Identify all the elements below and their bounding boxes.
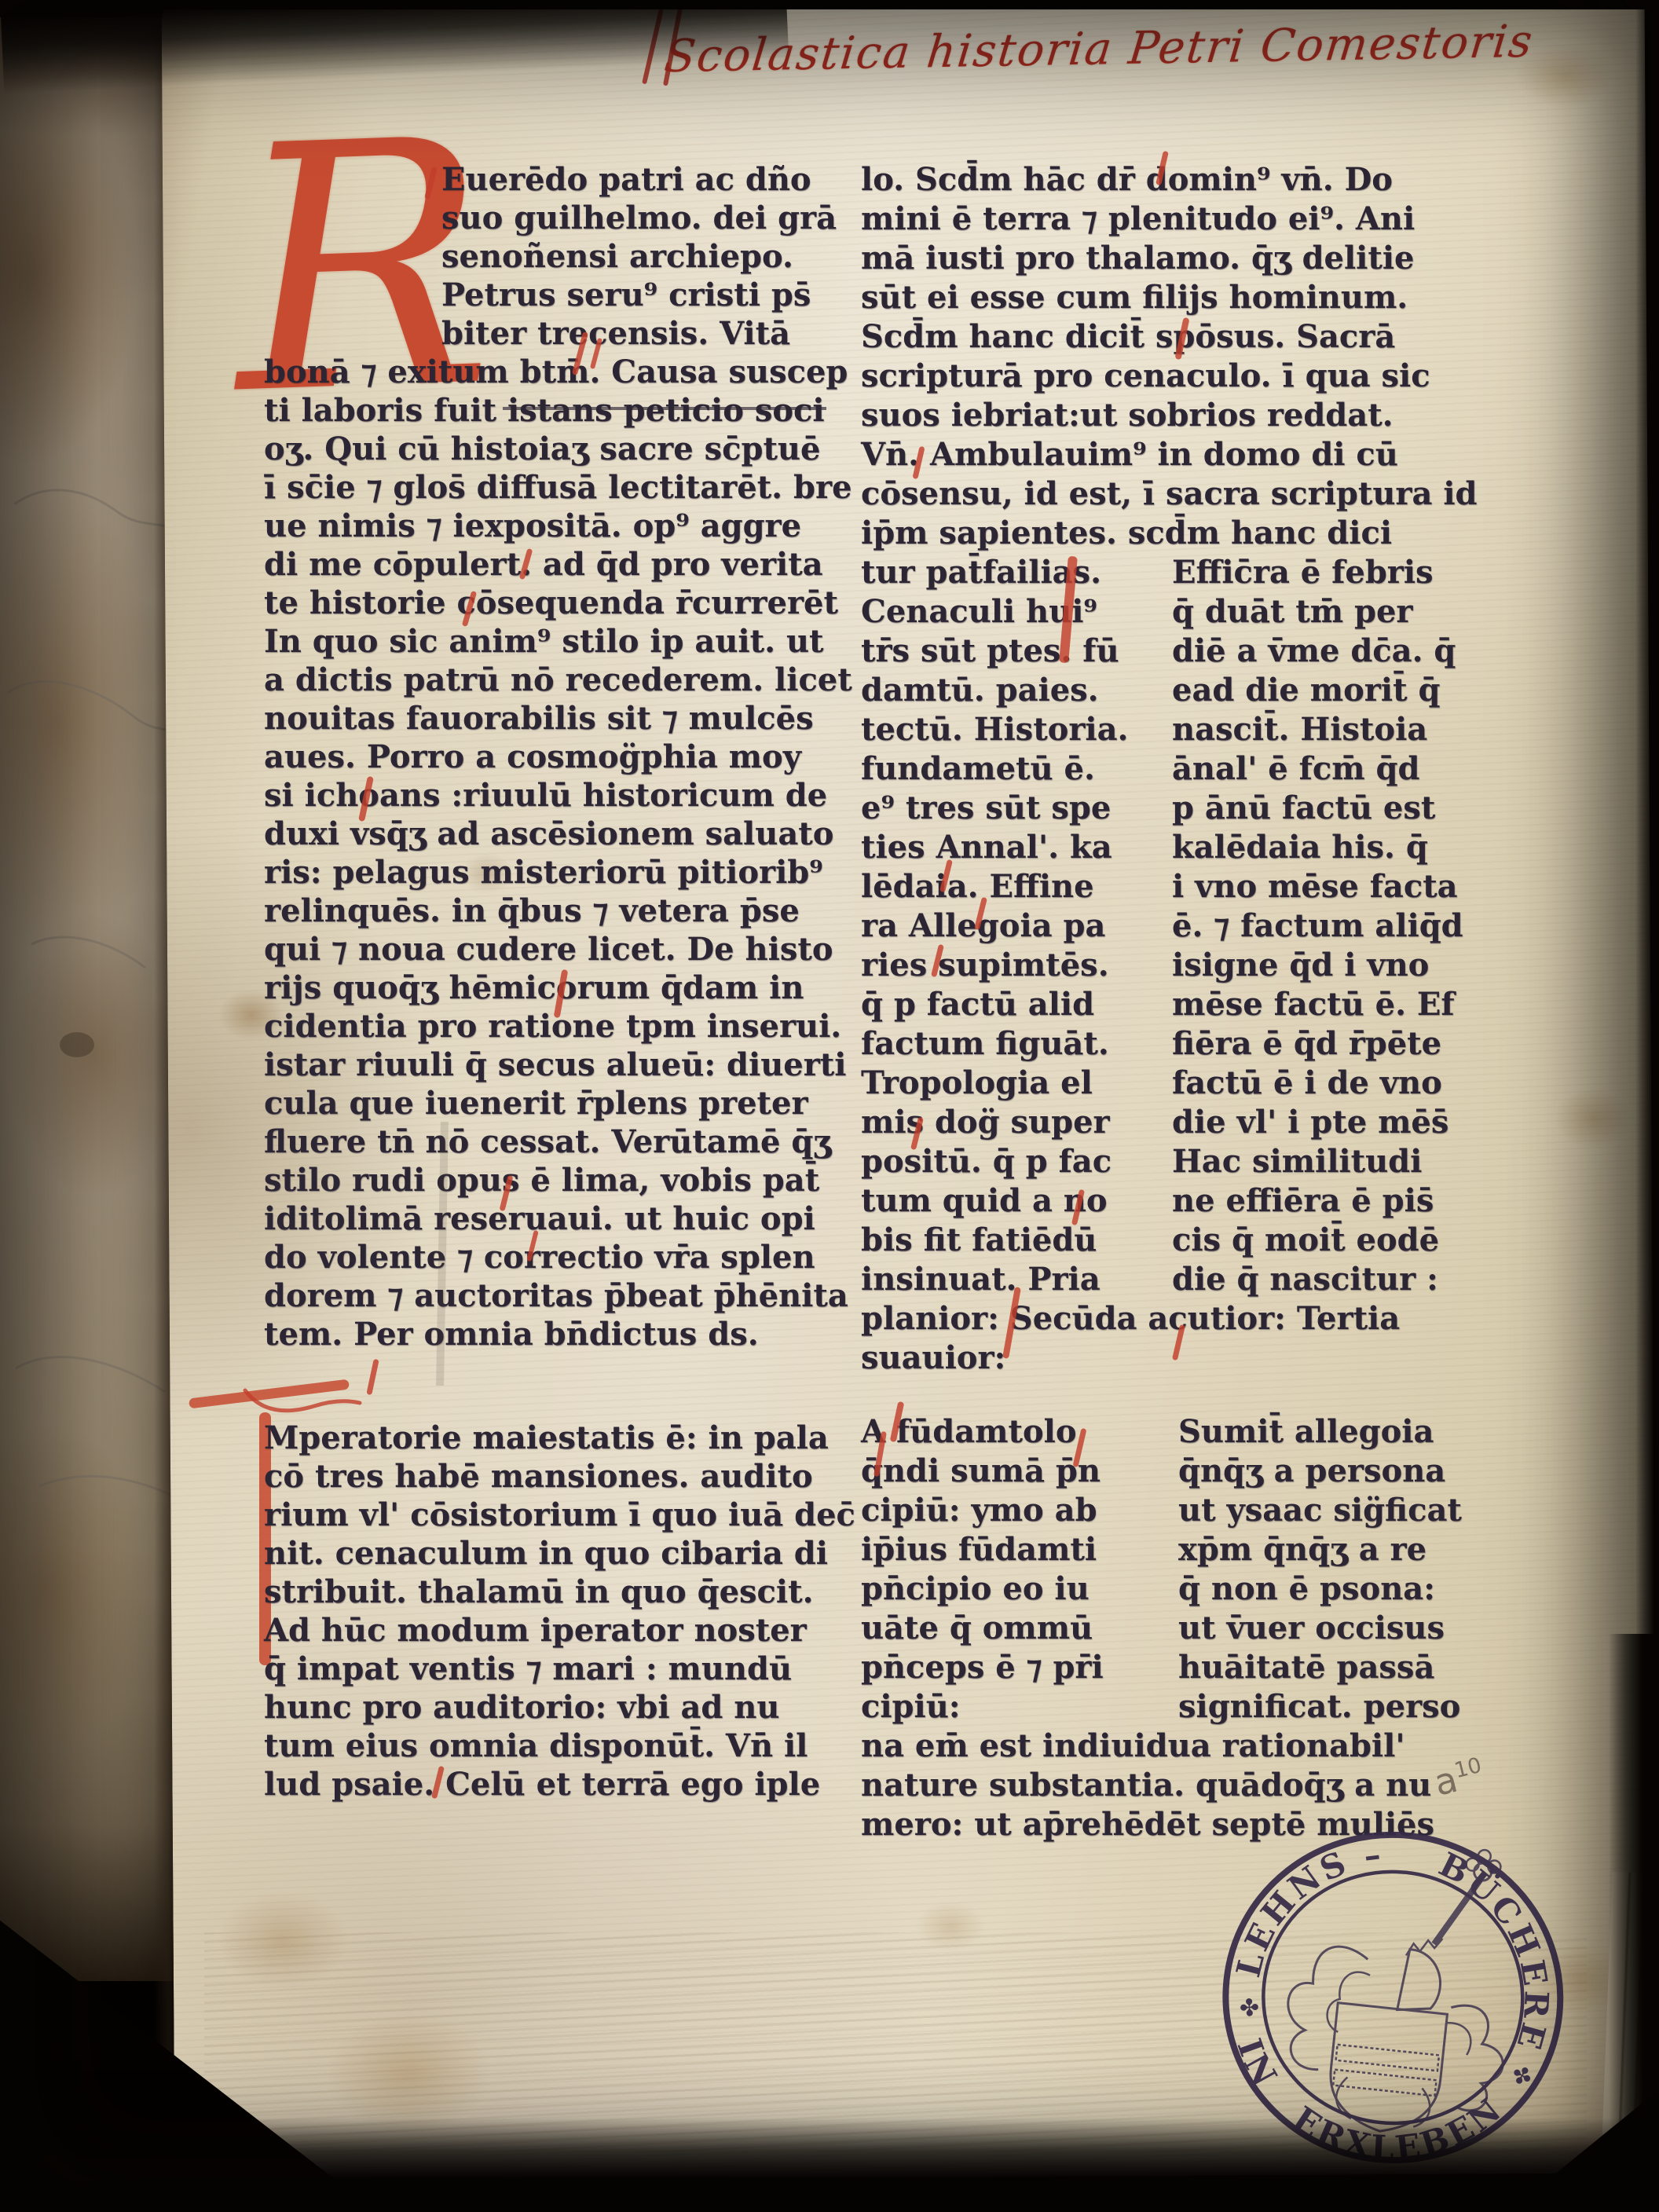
text-line: istar riuuli q̄ secus alueū: diuerti [264, 1046, 833, 1084]
paraph-mark [912, 446, 925, 479]
text-line: planior: Secūda acutior: Tertia [861, 1299, 1483, 1339]
text-line: diē a v̄me dc̄a. q̄ [1172, 632, 1483, 671]
initial-i-flourish [189, 1379, 350, 1409]
text-line: In quo sic anim⁹ stilo ip auit. ut [264, 622, 833, 661]
text-line: ries supimtēs. [861, 946, 1153, 985]
paraph-mark [1155, 151, 1169, 185]
text-line: ānal' ē fcm̄ q̄d [1172, 749, 1483, 789]
stamp-text-bottom: ERXLEBEN [1284, 2068, 1514, 2180]
text-line: rijs quoq̄ʒ hēmicorum q̄dam in [264, 969, 833, 1007]
text-line: tum quid a no [861, 1181, 1153, 1221]
right-column-subcol2-right: Sumit̄ allegoiaq̄nq̄ʒ a personaut ysaac … [1178, 1412, 1485, 1727]
paraph-mark [1174, 317, 1189, 360]
text-line: Euerēdo patri ac dño [441, 160, 834, 199]
text-line: pn̄ceps ē ⁊ pr̄i [861, 1648, 1159, 1687]
paraph-mark [1072, 1428, 1086, 1467]
text-line: lēdaia. Effine [861, 867, 1153, 906]
right-column-subcol-left: tur pat̄failias.Cenaculi hui⁹tr̄s sūt pt… [861, 553, 1153, 1299]
text-line: xp̄m q̄nq̄ʒ a re [1178, 1530, 1485, 1569]
backdrop-bottom [0, 2118, 1659, 2212]
text-line: die vl' i pte mēs̄ [1172, 1103, 1483, 1142]
red-flourish-icon [236, 1345, 369, 1423]
paraph-mark [462, 591, 477, 627]
right-column-top: lo. Scd̄m hāc dr̄ domin⁹ vn̄. Domini ē t… [861, 160, 1483, 553]
text-line: damtū. paies. [861, 671, 1153, 710]
text-line: cipiū: ymo ab [861, 1491, 1159, 1530]
text-line: duxi vsq̄ʒ ad ascēsionem saluato [264, 815, 833, 853]
right-column-mid: planior: Secūda acutior: Tertiasuauior: [861, 1299, 1483, 1378]
facing-page-pastedown [0, 17, 201, 1981]
text-line: rium vl' cōsistorium ī quo iuā dec̄ [264, 1496, 833, 1534]
text-line: suos iebriat:ut sobrios reddat. [861, 396, 1483, 435]
text-line: uāte q̄ ommū [861, 1609, 1159, 1648]
paraph-mark [366, 1359, 379, 1395]
text-line: ip̄ius fūdamti [861, 1530, 1159, 1569]
text-line: ē. ⁊ factum aliq̄d [1172, 906, 1483, 946]
text-line: huāitatē passā [1178, 1648, 1485, 1687]
text-line: aues. Porro a cosmog̈phia moy [264, 738, 833, 776]
text-line: die q̄ nascitur : [1172, 1260, 1483, 1299]
text-line: stribuit. thalamū in quo q̄escit. [264, 1573, 833, 1611]
text-line: Hac similitudi [1172, 1142, 1483, 1181]
text-line: cō tres habē mansiones. audito [264, 1457, 833, 1496]
text-line: cōsensu, id est, ī sacra scriptura id [861, 474, 1483, 514]
pencil-signature-note: a10 [1430, 1751, 1488, 1804]
library-stamp: LEHNS – BÜCHEREI IN ERXLEBEN ✤ ✤ [1189, 1804, 1599, 2196]
text-line: cipiū: [861, 1687, 1159, 1727]
paraph-mark [424, 167, 438, 200]
text-line: nouitas fauorabilis sit ⁊ mulcēs [264, 699, 833, 738]
text-line: Ad hūc modum iperator noster [264, 1611, 833, 1650]
text-line: ut ysaac sig̈ficat [1178, 1491, 1485, 1530]
text-line: kalēdaia his. q̄ [1172, 828, 1483, 867]
page-block-edges [1602, 1872, 1657, 2144]
pencil-note-letter: a [1430, 1758, 1461, 1804]
paraph-mark [910, 1117, 924, 1150]
paper-texture [204, 1932, 1587, 2152]
text-line: q̄ p factū alid [861, 985, 1153, 1024]
text-line: mēse factū ē. Ef [1172, 985, 1483, 1024]
text-line: cula que iuenerit r̄plens preter [264, 1084, 833, 1122]
text-line: Vn̄. Ambulauim⁹ in domo di cū [861, 435, 1483, 474]
left-column-body: bonā ⁊ exitum btm̄. Causa suscepti labor… [264, 353, 833, 1353]
paraph-mark [974, 897, 987, 930]
paraph-mark [500, 1175, 514, 1211]
left-column-paragraph2: Mperatorie maiestatis ē: in palacō tres … [264, 1419, 833, 1804]
stamp-text-top-left: LEHNS – [1229, 1820, 1390, 1992]
text-line: biter trecensis. Vitā [441, 314, 834, 353]
text-line: sūt ei esse cum filijs hominum. [861, 278, 1483, 317]
text-line: fluere tn̄ nō cessat. Verūtamē q̄ʒ [264, 1122, 833, 1161]
paraph-mark [1172, 1324, 1185, 1361]
text-line: i vno mēse facta [1172, 867, 1483, 906]
text-line: ī sc̄ie ⁊ glos̄ diffusā lectitarēt. bre [264, 468, 833, 507]
backdrop-top [0, 0, 1659, 9]
text-line: ris: pelagus misteriorū pitiorib⁹ [264, 853, 833, 892]
backdrop-bottom-left [0, 1838, 377, 2212]
text-line: tur pat̄failias. [861, 553, 1153, 592]
binding-gutter [154, 0, 195, 2152]
book-photo: Scolastica historia Petri Comestoris R E… [0, 0, 1659, 2212]
text-line: ra Allegoia pa [861, 906, 1153, 946]
text-line: Mperatorie maiestatis ē: in pala [264, 1419, 833, 1457]
text-line: factum figuāt. [861, 1024, 1153, 1064]
paper-stains [0, 0, 1659, 2212]
text-line: suo guilhelmo. dei grā [441, 199, 834, 237]
text-line: q̄ndi sumā p̄n [861, 1452, 1159, 1491]
ink-smudge [436, 1122, 449, 1386]
paraph-mark [526, 1230, 538, 1262]
text-line: isigne q̄d i vno [1172, 946, 1483, 985]
text-line: scripturā pro cenaculo. ī qua sic [861, 357, 1483, 396]
text-line: bonā ⁊ exitum btm̄. Causa suscep [264, 353, 833, 391]
right-column-subcol-right: Effic̄ra ē febrisq̄ duāt tm̄ perdiē a v̄… [1172, 553, 1483, 1299]
text-line: factū ē i de vno [1172, 1064, 1483, 1103]
text-line: ut v̄uer occisus [1178, 1609, 1485, 1648]
backdrop-right-lower [1609, 1634, 1659, 2212]
handwritten-title: Scolastica historia Petri Comestoris [661, 3, 1580, 97]
text-line: insinuat. Pria [861, 1260, 1153, 1299]
text-line: q̄nq̄ʒ a persona [1178, 1452, 1485, 1491]
text-line: mero: ut ap̄rehēdēt septē muliēs [861, 1805, 1483, 1844]
paraph-mark [572, 331, 588, 375]
text-line: fiēra ē q̄d r̄pēte [1172, 1024, 1483, 1064]
paraph-mark [873, 1431, 887, 1477]
text-line: tum eius omnia disponūt̄. Vn̄ il [264, 1727, 833, 1765]
paraph-mark [1002, 1287, 1021, 1359]
text-line: stilo rudi opus ē lima, vobis pat̄ [264, 1161, 833, 1199]
text-line: Scd̄m hanc dicit̄ spōsus. Sacrā [861, 317, 1483, 357]
backdrop-right [1635, 0, 1659, 2212]
paraph-mark [890, 1401, 905, 1443]
text-line: Sumit̄ allegoia [1178, 1412, 1485, 1452]
text-line: positū. q̄ p fac [861, 1142, 1153, 1181]
text-line: oʒ. Qui cū histoiaʒ sacre sc̄ptuē [264, 430, 833, 468]
paraph-mark [1059, 556, 1078, 664]
text-line: q̄ impat ventis ⁊ mari : mundū [264, 1650, 833, 1688]
text-line: Petrus seru⁹ cristi ps̄ [441, 276, 834, 314]
text-line: cidentia pro ratione tpm inserui. [264, 1007, 833, 1046]
left-column-cap-side: Euerēdo patri ac dñosuo guilhelmo. dei g… [441, 160, 834, 353]
title-flourish [663, 3, 683, 86]
text-line: mis dog̈ super [861, 1103, 1153, 1142]
text-line: na em̄ est indiuidua rationabil' [861, 1727, 1483, 1766]
text-line: ties Annal'. ka [861, 828, 1153, 867]
coat-of-arms-icon [1276, 1831, 1525, 2143]
paraph-mark [590, 338, 602, 369]
text-line: Tropologia el [861, 1064, 1153, 1103]
text-line: ip̄m sapientes. scd̄m hanc dici [861, 514, 1483, 553]
text-line: nit. cenaculum in quo cibaria di [264, 1534, 833, 1573]
text-line: fundametū ē. [861, 749, 1153, 789]
paraph-mark [554, 969, 569, 1018]
text-line: a dictis patrū nō recederem. licet [264, 661, 833, 699]
pencil-scribbles-icon [0, 457, 201, 1557]
text-line: lo. Scd̄m hāc dr̄ domin⁹ vn̄. Do [861, 160, 1483, 200]
backdrop-bottom-right [1508, 2089, 1659, 2212]
text-line: ne effiēra ē pis̄ [1172, 1181, 1483, 1221]
text-line: q̄ non ē psona: [1178, 1569, 1485, 1609]
backdrop-top-left [0, 0, 789, 94]
paraph-mark [431, 1766, 445, 1799]
incunable-page [161, 0, 1657, 2182]
text-line: tr̄s sūt ptes. fū [861, 632, 1153, 671]
paraph-mark [931, 944, 944, 977]
text-line: Effic̄ra ē febris [1172, 553, 1483, 592]
text-line: do volente ⁊ correctio vr̄a splen [264, 1238, 833, 1276]
text-line: di me cōpulert. ad q̄d pro verita [264, 545, 833, 584]
text-line: dorem ⁊ auctoritas p̄beat p̄hēnita [264, 1276, 833, 1315]
text-line: bis fit fatiēdū [861, 1221, 1153, 1260]
text-line: ead die morit̄ q̄ [1172, 671, 1483, 710]
text-line: q̄ duāt tm̄ per [1172, 592, 1483, 632]
text-line: significat. perso [1178, 1687, 1485, 1727]
text-line: relinquēs. in q̄bus ⁊ vetera p̄se [264, 892, 833, 930]
text-line: nascit̄. Histoia [1172, 710, 1483, 749]
paraph-mark [519, 548, 533, 580]
stamp-ornament-icon: ✤ [1505, 2057, 1543, 2093]
text-line: iditolimā reseruaui. ut huic opi [264, 1199, 833, 1238]
text-line: tectū. Historia. [861, 710, 1153, 749]
text-line: si ichoans :riuulū historicum de [264, 776, 833, 815]
paraph-mark [358, 776, 374, 822]
text-line: senoñensi archiepo. [441, 237, 834, 276]
right-column-subcol2-left: A fūdamtoloq̄ndi sumā p̄ncipiū: ymo abip… [861, 1412, 1159, 1727]
text-line: p ānū factū est [1172, 789, 1483, 828]
initial-r-drop-cap: R [229, 97, 438, 473]
text-line: suauior: [861, 1339, 1483, 1378]
text-line: te historie cōsequenda r̄currerēt [264, 584, 833, 622]
text-line: lud psaie. Celū et terrā ego iple [264, 1765, 833, 1804]
text-line: hunc pro auditorio: vbi ad nu [264, 1688, 833, 1727]
text-line: A fūdamtolo [861, 1412, 1159, 1452]
right-column-bottom: na em̄ est indiuidua rationabil'nature s… [861, 1727, 1483, 1844]
text-line: pn̄cipio eo iu [861, 1569, 1159, 1609]
stamp-text-bottom-left: IN [1225, 2030, 1291, 2098]
text-line: tem. Per omnia bn̄dictus ds. [264, 1315, 833, 1353]
title-flourish [642, 9, 664, 85]
text-line: qui ⁊ noua cudere licet. De histo [264, 930, 833, 969]
text-line: mini ē terra ⁊ plenitudo ei⁹. Ani [861, 200, 1483, 239]
text-line: ti laboris fuit istans peticio soci [264, 391, 833, 430]
paraph-mark [1071, 1189, 1085, 1225]
photo-vignette [0, 0, 1659, 2212]
stamp-ornament-icon: ✤ [1234, 1990, 1267, 2020]
stamp-text-top-right: BÜCHEREI [1194, 1804, 1577, 2056]
text-line: e⁹ tres sūt spe [861, 789, 1153, 828]
pencil-note-number: 10 [1452, 1753, 1484, 1783]
text-line: mā iusti pro thalamo. q̄ʒ delitie [861, 239, 1483, 278]
text-line: cis q̄ moit̄ eodē [1172, 1221, 1483, 1260]
text-line: nature substantia. quādoq̄ʒ a nu [861, 1766, 1483, 1805]
initial-i-rubric [259, 1412, 271, 1665]
text-line: Cenaculi hui⁹ [861, 592, 1153, 632]
ink-underline [503, 407, 826, 410]
paraph-mark [939, 859, 953, 892]
text-line: ue nimis ⁊ iexpositā. op⁹ aggre [264, 507, 833, 545]
